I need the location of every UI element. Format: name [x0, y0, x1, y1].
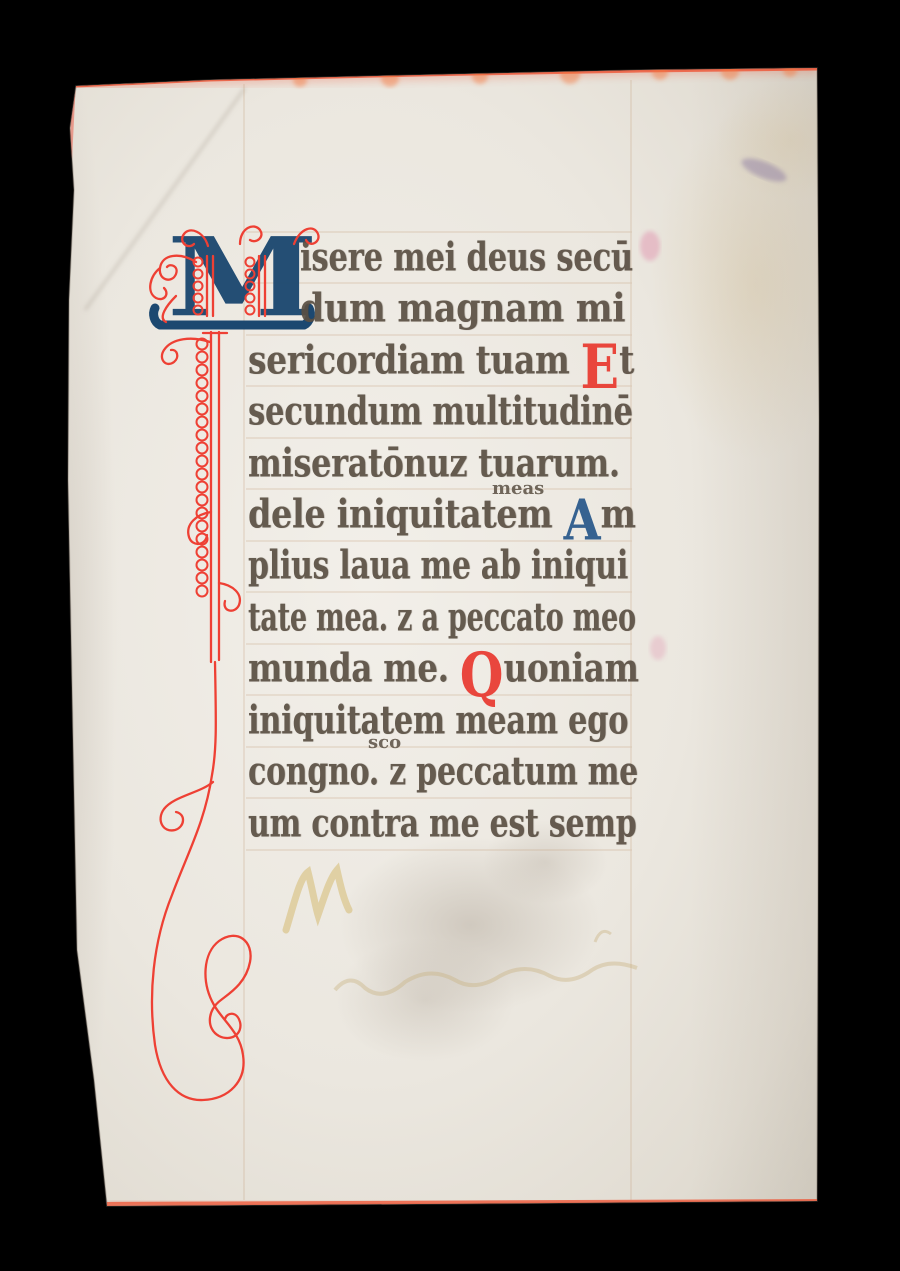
text-line-4: secundum multitudinē	[248, 388, 633, 434]
interlinear-correction-sco: sco	[368, 732, 401, 753]
line-text: munda me.	[248, 645, 460, 691]
line-text: . z peccatum me	[369, 748, 638, 794]
line-text: sericordiam tuam	[248, 337, 581, 383]
line-text: congno	[248, 748, 369, 794]
line-text: m	[601, 491, 636, 537]
line-text: isere mei deus secū	[300, 234, 633, 280]
text-line-1: isere mei deus secū	[300, 234, 633, 280]
photo-stage: { "manuscript": { "drop_cap": { "letter"…	[0, 0, 900, 1271]
line-text: t	[619, 337, 634, 383]
text-line-3: sericordiam tuam Et	[248, 337, 634, 383]
psalm-text-block: M isere mei deus secū dum magnam mi seri…	[0, 0, 900, 1271]
line-text: dum magnam mi	[300, 285, 625, 331]
text-line-5: miseratōnuz tuarum.	[248, 440, 620, 486]
text-line-10: iniquitatem meam ego	[248, 697, 628, 743]
line-text: iniquitatem meam ego	[248, 697, 628, 743]
line-text: secundum multitudinē	[248, 388, 633, 434]
line-text: plius laua me ab iniqui	[248, 542, 628, 588]
line-text: uoniam	[503, 645, 638, 691]
line-text: tate mea. z a peccato meo	[248, 594, 636, 640]
drop-cap-M: M	[167, 228, 318, 328]
text-line-9: munda me. Quoniam	[248, 645, 639, 691]
line-text: um contra me est semp	[248, 800, 636, 846]
line-text: miseratōnuz tuarum.	[248, 440, 620, 486]
text-line-8: tate mea. z a peccato meo	[248, 594, 636, 640]
text-line-2: dum magnam mi	[300, 285, 625, 331]
text-line-11: congno. z peccatum me	[248, 748, 638, 794]
text-line-6: dele iniquitatem Am	[248, 491, 636, 537]
text-line-7: plius laua me ab iniqui	[248, 542, 628, 588]
interlinear-correction-meas: meas	[492, 478, 544, 499]
text-line-12: um contra me est semp	[248, 800, 636, 846]
